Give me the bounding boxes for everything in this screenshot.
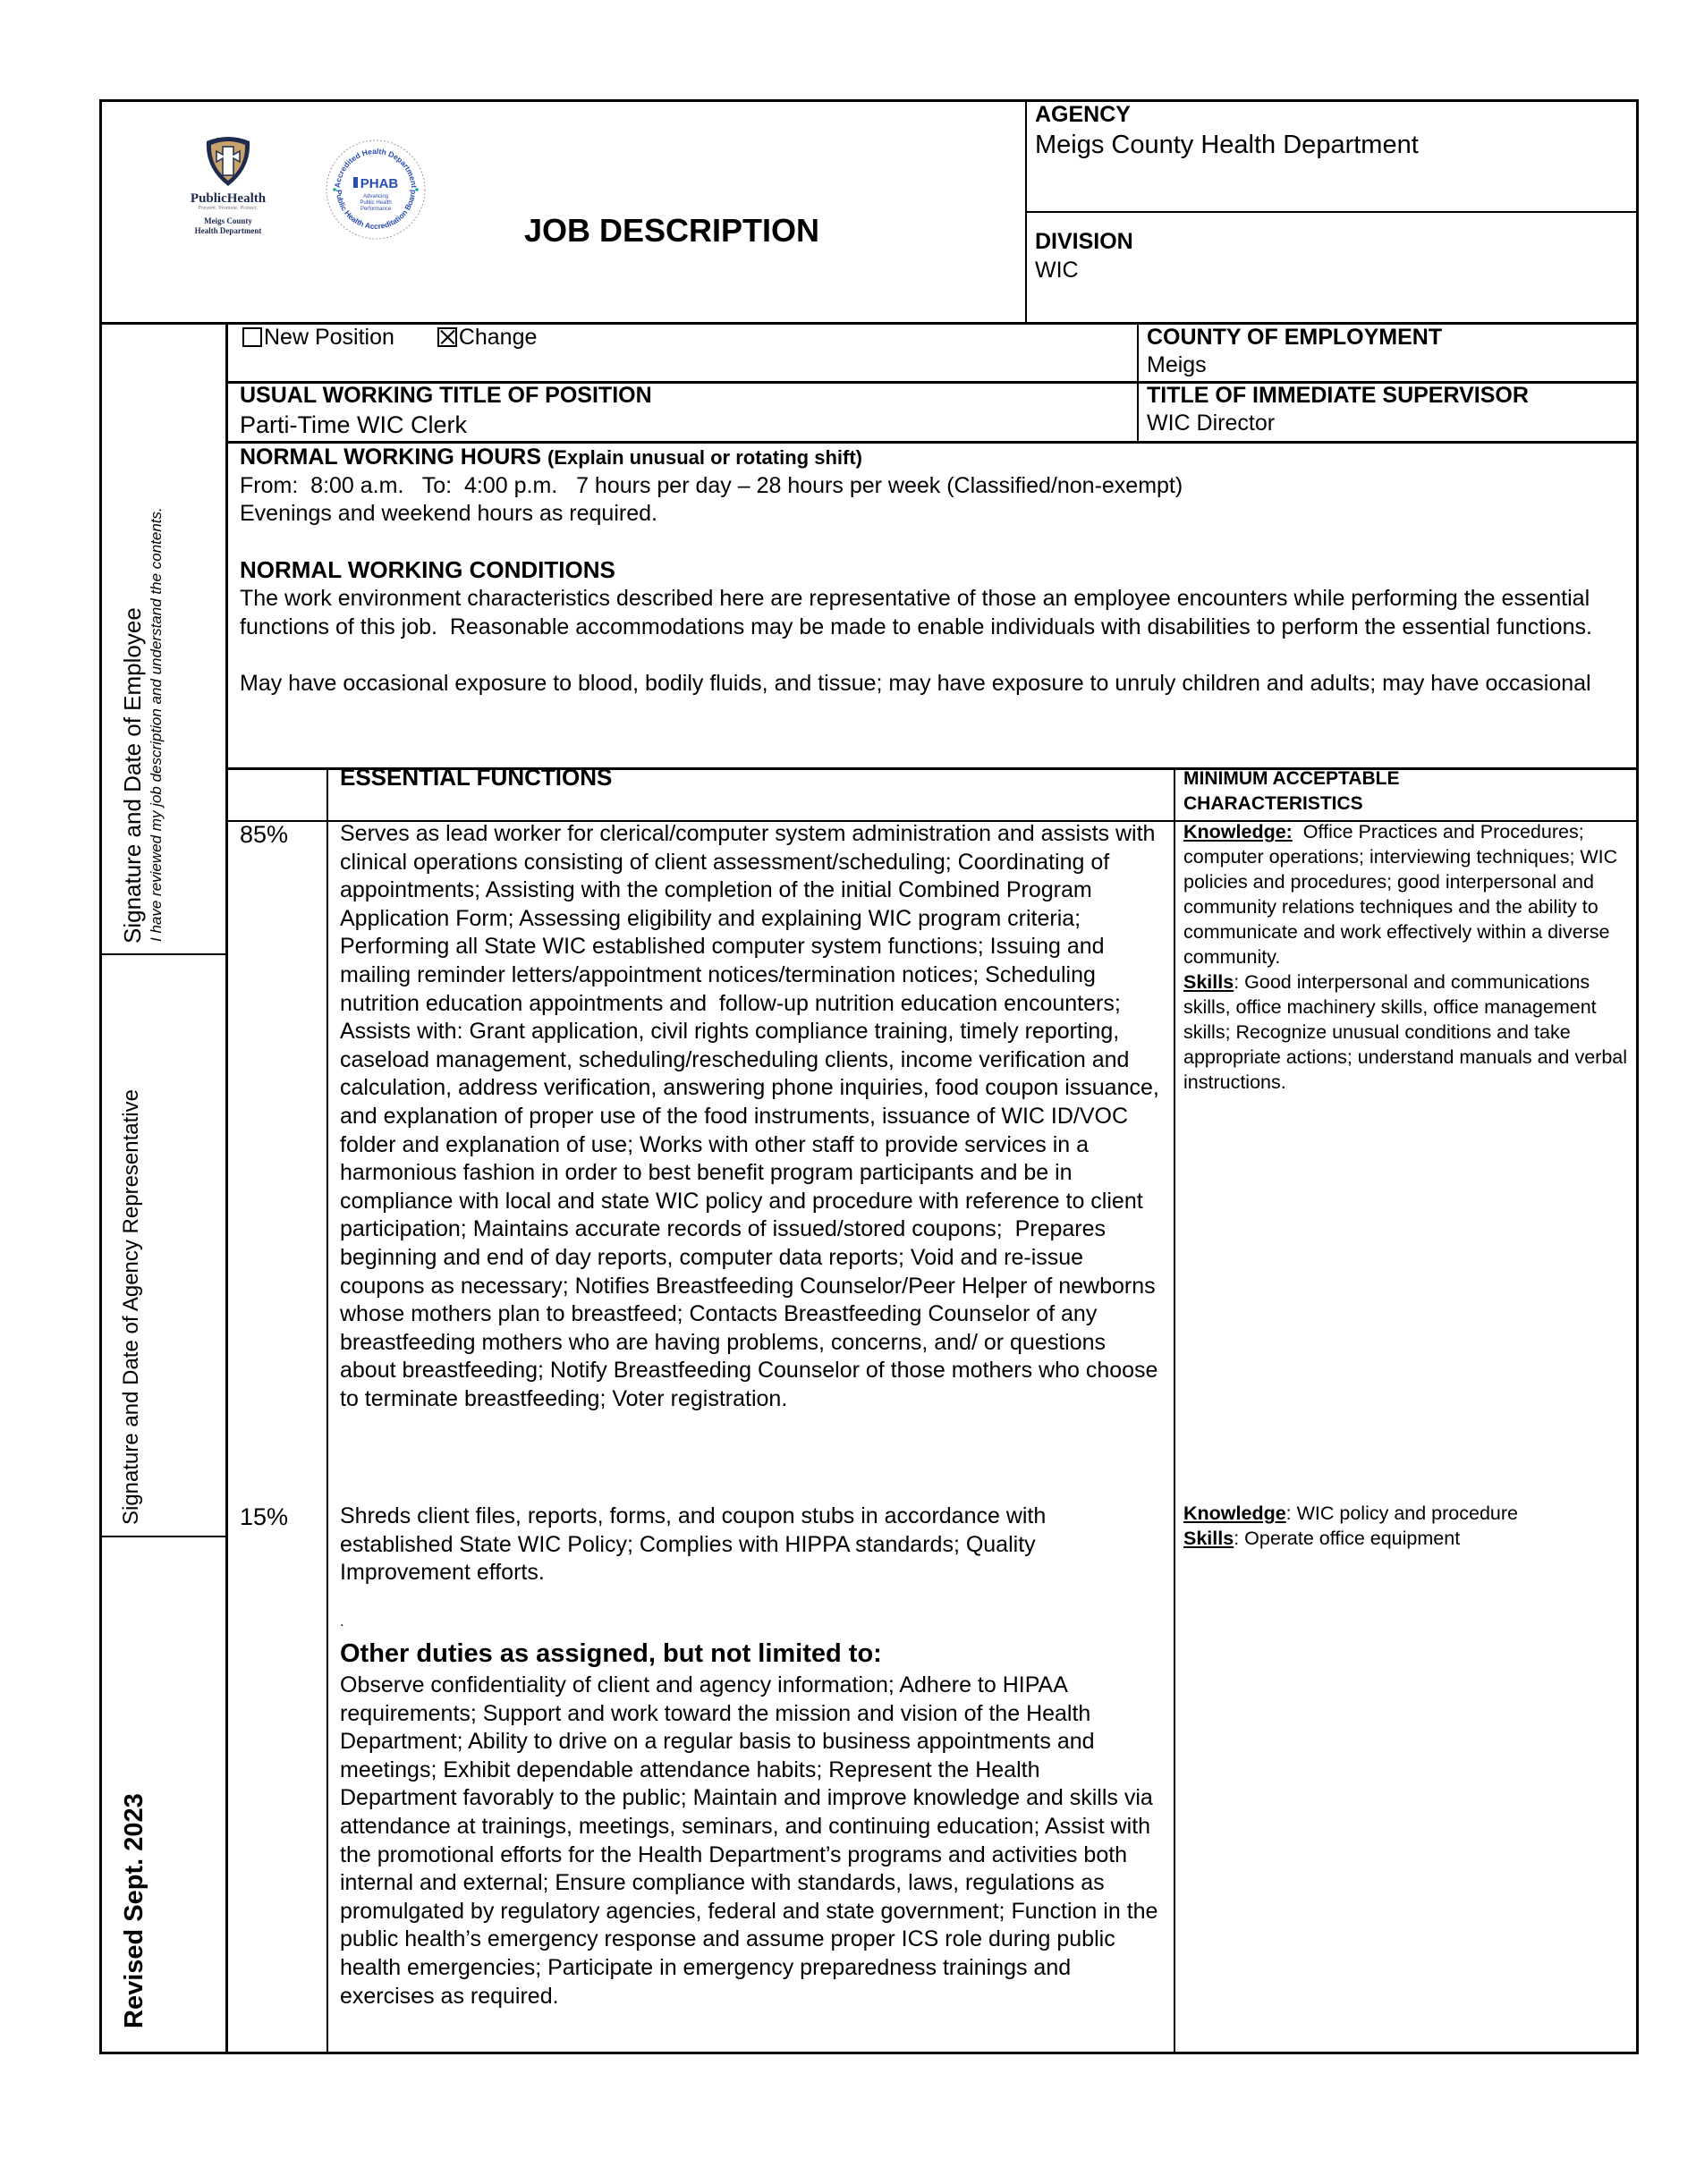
knowledge-text-85: Office Practices and Procedures; compute… [1183,821,1623,968]
working-title-label: USUAL WORKING TITLE OF POSITION [240,382,652,409]
employee-acknowledgement-note: I have reviewed my job description and u… [148,507,165,942]
hours-evenings-note: Evenings and weekend hours as required. [240,500,1626,529]
essential-function-85-text: Serves as lead worker for clerical/compu… [340,820,1163,1413]
table-border-bottom [100,2052,1639,2054]
skills-text-85: : Good interpersonal and communications … [1183,971,1627,1093]
hours-section: NORMAL WORKING HOURS (Explain unusual or… [240,444,1626,700]
change-checkbox[interactable] [437,327,457,347]
svg-text:Public Health: Public Health [360,200,391,206]
min-characteristics-15: Knowledge: WIC policy and procedure Skil… [1183,1501,1631,1551]
supervisor-label: TITLE OF IMMEDIATE SUPERVISOR [1147,382,1529,409]
public-health-logo: PublicHealth Prevent. Promote. Protect. … [183,134,273,236]
percent-column-divider [326,769,328,2053]
conditions-paragraph-2: May have occasional exposure to blood, b… [240,670,1626,700]
min-characteristics-85: Knowledge: Office Practices and Procedur… [1183,819,1631,1095]
phab-accreditation-seal-icon: Accredited Health Department Public Heal… [324,138,428,241]
division-value: WIC [1035,257,1079,284]
supervisor-value: WIC Director [1147,410,1275,436]
svg-text:Performance: Performance [360,207,392,212]
agency-value: Meigs County Health Department [1035,130,1419,160]
division-label: DIVISION [1035,228,1133,255]
side-divider-2 [100,1536,226,1537]
agency-signature-label: Signature and Date of Agency Representat… [119,1089,144,1525]
new-position-checkbox[interactable] [242,327,262,347]
new-position-label: New Position [264,325,394,350]
conditions-paragraph-1: The work environment characteristics des… [240,585,1626,641]
change-label: Change [459,325,538,350]
agency-division-divider [1026,211,1637,213]
public-health-shield-icon [203,134,253,188]
table-border-left [99,99,102,2054]
logo-county-line1: Meigs County [183,216,273,226]
other-duties-text: Observe confidentiality of client and ag… [340,1672,1163,2010]
position-type-group: New Position Change [242,324,537,351]
page-title: JOB DESCRIPTION [524,213,819,249]
hours-schedule: From: 8:00 a.m. To: 4:00 p.m. 7 hours pe… [240,472,1626,501]
stray-period: . [340,1614,343,1630]
hours-label-note: (Explain unusual or rotating shift) [547,446,862,469]
side-column-divider [225,324,228,2053]
essential-functions-header: ESSENTIAL FUNCTIONS [340,764,612,791]
min-characteristics-header: MINIMUM ACCEPTABLE CHARACTERISTICS [1183,766,1452,817]
working-title-value: Parti-Time WIC Clerk [240,410,467,440]
public-health-wordmark: PublicHealth [183,191,273,206]
percent-85: 85% [240,820,288,849]
conditions-label: NORMAL WORKING CONDITIONS [240,556,1626,585]
logo-county-line2: Health Department [183,226,273,236]
knowledge-label-85: Knowledge: [1183,821,1293,842]
side-divider-1 [100,953,226,955]
skills-text-15: : Operate office equipment [1234,1528,1460,1549]
table-border-right [1636,99,1639,2054]
svg-text:PHAB: PHAB [360,176,399,191]
employee-signature-label: Signature and Date of Employee [119,607,146,944]
skills-label-85: Skills [1183,971,1234,993]
public-health-tagline: Prevent. Promote. Protect. [183,206,273,211]
agency-label: AGENCY [1035,101,1131,128]
revised-date: Revised Sept. 2023 [119,1793,149,2028]
hours-label: NORMAL WORKING HOURS [240,444,541,470]
knowledge-text-15: : WIC policy and procedure [1286,1503,1518,1524]
other-duties-heading: Other duties as assigned, but not limite… [340,1638,882,1669]
essential-function-15-text: Shreds client files, reports, forms, and… [340,1503,1163,1587]
min-column-divider [1174,769,1175,2053]
table-border-top [100,99,1639,102]
svg-text:Advancing: Advancing [363,194,388,199]
county-label: COUNTY OF EMPLOYMENT [1147,324,1442,351]
percent-15: 15% [240,1503,288,1531]
county-value: Meigs [1147,351,1207,378]
skills-label-15: Skills [1183,1528,1234,1549]
knowledge-label-15: Knowledge [1183,1503,1286,1524]
